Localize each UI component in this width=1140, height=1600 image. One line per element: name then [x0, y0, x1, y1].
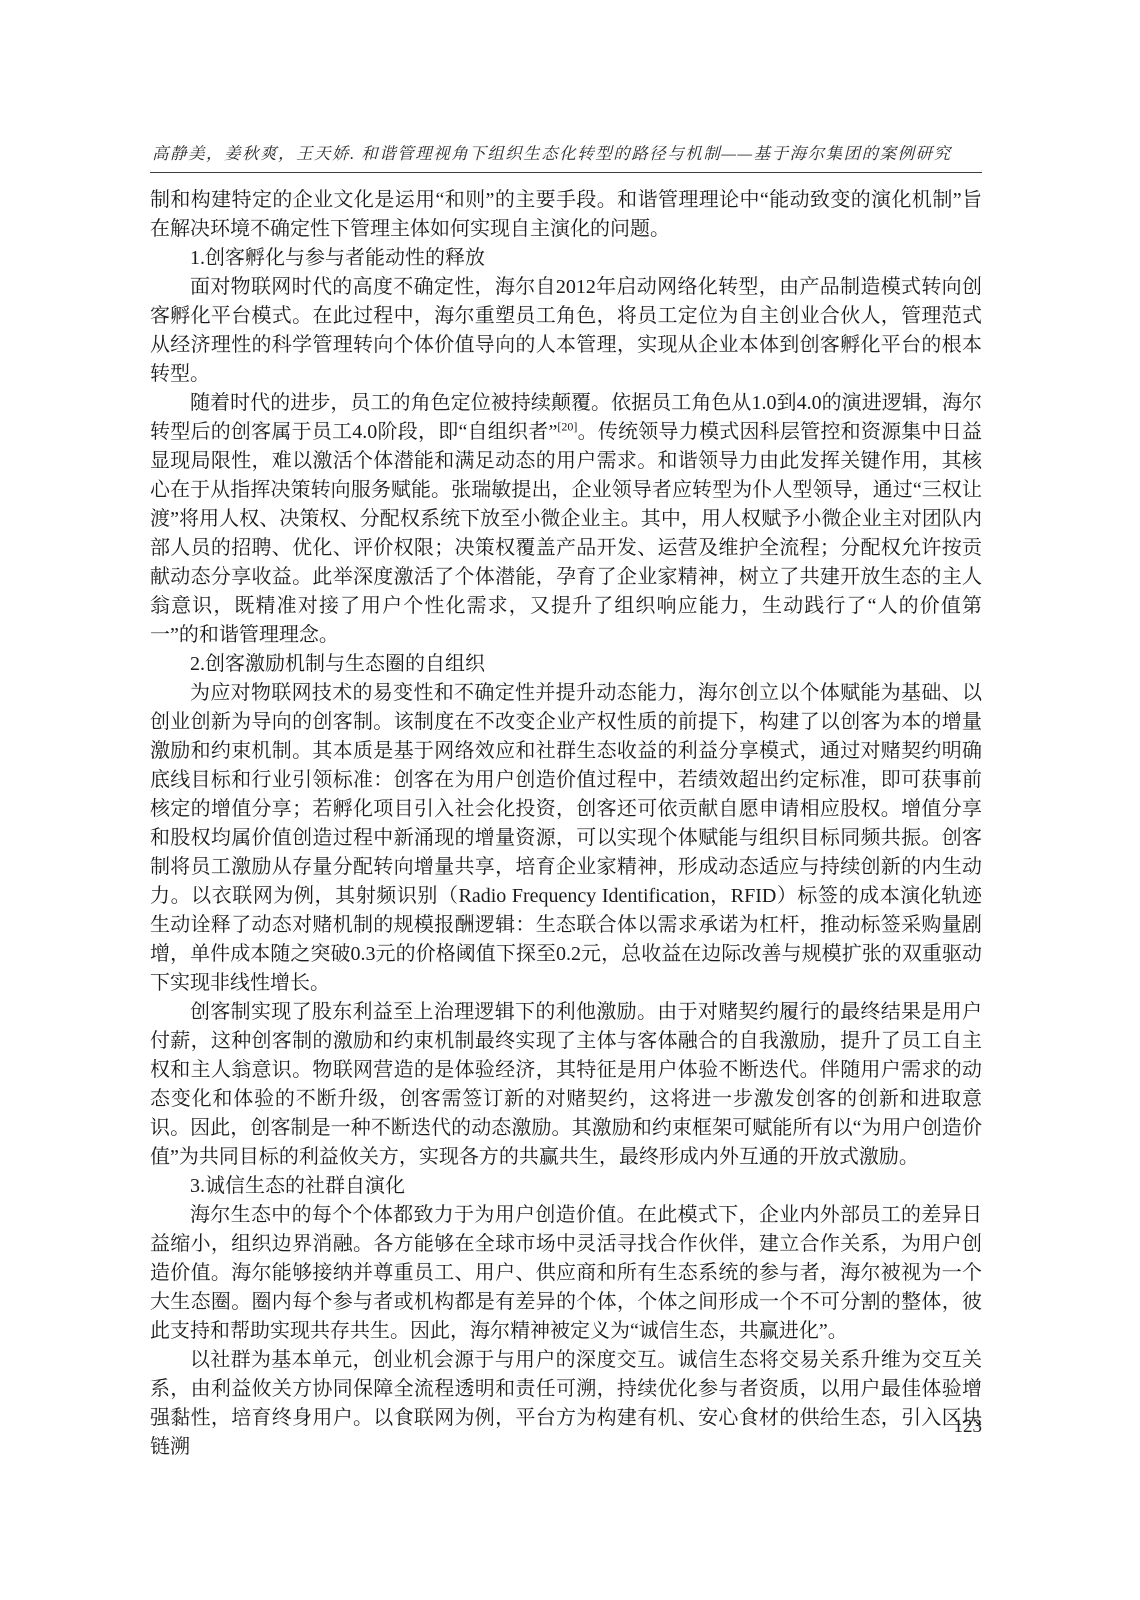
- running-header-citation: 高静美，姜秋爽，王天娇. 和谐管理视角下组织生态化转型的路径与机制——基于海尔集…: [152, 140, 984, 164]
- page-number: 123: [150, 1416, 982, 1438]
- paragraph-text: 。传统领导力模式因科层管控和资源集中日益显现局限性，难以激活个体潜能和满足动态的…: [150, 421, 982, 646]
- header-divider-rule: [150, 172, 982, 173]
- paragraph: 为应对物联网技术的易变性和不确定性并提升动态能力，海尔创立以个体赋能为基础、以创…: [150, 679, 982, 998]
- document-page: 高静美，姜秋爽，王天娇. 和谐管理视角下组织生态化转型的路径与机制——基于海尔集…: [0, 0, 1140, 1600]
- subsection-heading-2: 2.创客激励机制与生态圈的自组织: [150, 650, 982, 679]
- paragraph: 创客制实现了股东利益至上治理逻辑下的利他激励。由于对赌契约履行的最终结果是用户付…: [150, 998, 982, 1172]
- subsection-heading-3: 3.诚信生态的社群自演化: [150, 1172, 982, 1201]
- paragraph: 海尔生态中的每个个体都致力于为用户创造价值。在此模式下，企业内外部员工的差异日益…: [150, 1201, 982, 1346]
- citation-reference-20: [20]: [557, 419, 577, 433]
- paragraph-continued-from-previous-page: 制和构建特定的企业文化是运用“和则”的主要手段。和谐管理理论中“能动致变的演化机…: [150, 186, 982, 244]
- article-body: 制和构建特定的企业文化是运用“和则”的主要手段。和谐管理理论中“能动致变的演化机…: [150, 186, 982, 1462]
- paragraph-cut-off-at-page-end: 以社群为基本单元，创业机会源于与用户的深度交互。诚信生态将交易关系升维为交互关系…: [150, 1346, 982, 1462]
- paragraph: 面对物联网时代的高度不确定性，海尔自2012年启动网络化转型，由产品制造模式转向…: [150, 273, 982, 389]
- subsection-heading-1: 1.创客孵化与参与者能动性的释放: [150, 244, 982, 273]
- paragraph-with-reference: 随着时代的进步，员工的角色定位被持续颠覆。依据员工角色从1.0到4.0的演进逻辑…: [150, 389, 982, 650]
